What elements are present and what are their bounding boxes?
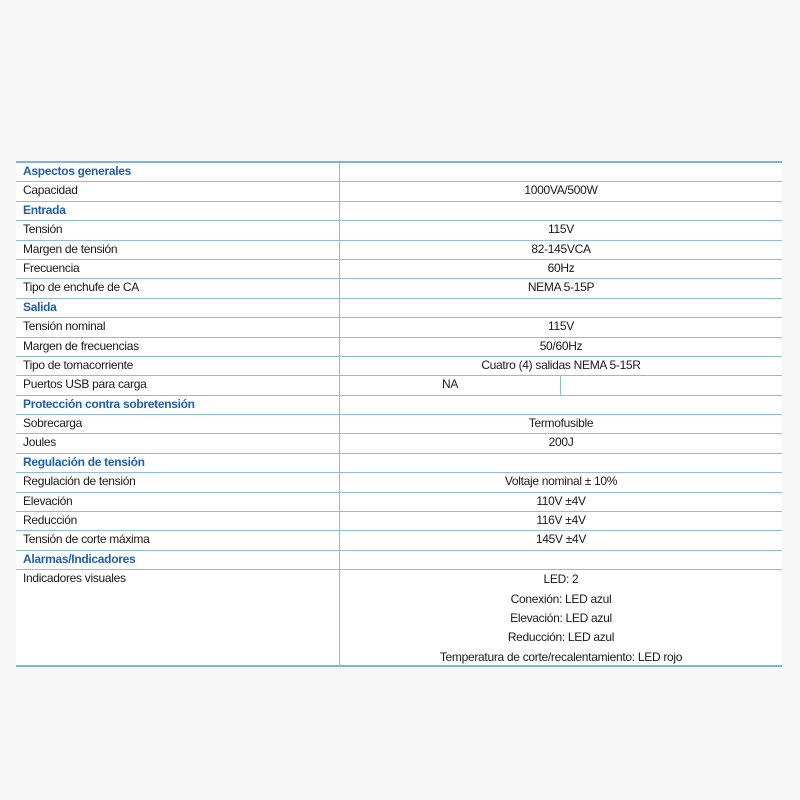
spec-value: 1000VA/500W xyxy=(340,182,782,200)
spec-label: Capacidad xyxy=(16,182,340,200)
spec-value-line: Conexión: LED azul xyxy=(340,590,782,609)
spec-row: Tensión115V xyxy=(16,221,782,240)
spec-row: Indicadores visualesLED: 2Conexión: LED … xyxy=(16,570,782,665)
spec-value: Voltaje nominal ± 10% xyxy=(340,473,782,491)
spec-value: 82-145VCA xyxy=(340,241,782,259)
spec-value: 60Hz xyxy=(340,260,782,278)
spec-label: Reducción xyxy=(16,512,340,530)
spec-label: Tipo de tomacorriente xyxy=(16,357,340,375)
spec-label: Regulación de tensión xyxy=(16,473,340,491)
spec-value: NA xyxy=(340,376,561,394)
section-value-empty xyxy=(340,454,782,472)
spec-label: Indicadores visuales xyxy=(16,570,340,665)
section-value-empty xyxy=(340,396,782,414)
spec-value-line: LED: 2 xyxy=(340,570,782,589)
spec-value: 110V ±4V xyxy=(340,493,782,511)
section-title: Entrada xyxy=(16,202,340,220)
spec-value: 200J xyxy=(340,434,782,452)
spec-label: Sobrecarga xyxy=(16,415,340,433)
section-title: Aspectos generales xyxy=(16,163,340,181)
section-title: Alarmas/Indicadores xyxy=(16,551,340,569)
spec-row: Reducción116V ±4V xyxy=(16,512,782,531)
section-header-row: Entrada xyxy=(16,202,782,221)
spec-value: Termofusible xyxy=(340,415,782,433)
spec-value: Cuatro (4) salidas NEMA 5-15R xyxy=(340,357,782,375)
spec-label: Tensión xyxy=(16,221,340,239)
spec-label: Tensión nominal xyxy=(16,318,340,336)
section-title: Protección contra sobretensión xyxy=(16,396,340,414)
spec-row: Puertos USB para cargaNA xyxy=(16,376,782,395)
spec-value: 50/60Hz xyxy=(340,338,782,356)
spec-value: NEMA 5-15P xyxy=(340,279,782,297)
spec-value: 115V xyxy=(340,221,782,239)
spec-row: Margen de tensión82-145VCA xyxy=(16,241,782,260)
spec-row: Tensión de corte máxima145V ±4V xyxy=(16,531,782,550)
spec-label: Joules xyxy=(16,434,340,452)
section-header-row: Salida xyxy=(16,299,782,318)
section-value-empty xyxy=(340,299,782,317)
spec-value: 145V ±4V xyxy=(340,531,782,549)
spec-label: Elevación xyxy=(16,493,340,511)
section-title: Salida xyxy=(16,299,340,317)
section-value-empty xyxy=(340,551,782,569)
spec-row: SobrecargaTermofusible xyxy=(16,415,782,434)
spec-value-secondary xyxy=(561,376,782,394)
spec-row: Tensión nominal115V xyxy=(16,318,782,337)
spec-label: Margen de frecuencias xyxy=(16,338,340,356)
spec-row: Regulación de tensiónVoltaje nominal ± 1… xyxy=(16,473,782,492)
spec-row: Tipo de enchufe de CANEMA 5-15P xyxy=(16,279,782,298)
spec-row: Joules200J xyxy=(16,434,782,453)
spec-row: Margen de frecuencias50/60Hz xyxy=(16,338,782,357)
spec-label: Margen de tensión xyxy=(16,241,340,259)
section-header-row: Alarmas/Indicadores xyxy=(16,551,782,570)
spec-row: Tipo de tomacorrienteCuatro (4) salidas … xyxy=(16,357,782,376)
spec-label: Tipo de enchufe de CA xyxy=(16,279,340,297)
spec-row: Frecuencia60Hz xyxy=(16,260,782,279)
section-value-empty xyxy=(340,202,782,220)
spec-value-line: Reducción: LED azul xyxy=(340,628,782,647)
spec-value-split: NA xyxy=(340,376,782,394)
spec-label: Frecuencia xyxy=(16,260,340,278)
spec-value-line: Elevación: LED azul xyxy=(340,609,782,628)
spec-label: Tensión de corte máxima xyxy=(16,531,340,549)
spec-value: 115V xyxy=(340,318,782,336)
spec-label: Puertos USB para carga xyxy=(16,376,340,394)
section-header-row: Regulación de tensión xyxy=(16,454,782,473)
section-value-empty xyxy=(340,163,782,181)
spec-table: Aspectos generalesCapacidad1000VA/500WEn… xyxy=(16,161,782,667)
spec-value-list: LED: 2Conexión: LED azulElevación: LED a… xyxy=(340,570,782,665)
section-header-row: Aspectos generales xyxy=(16,163,782,182)
section-header-row: Protección contra sobretensión xyxy=(16,396,782,415)
spec-value-line: Temperatura de corte/recalentamiento: LE… xyxy=(340,648,782,667)
spec-value: 116V ±4V xyxy=(340,512,782,530)
spec-row: Capacidad1000VA/500W xyxy=(16,182,782,201)
spec-row: Elevación110V ±4V xyxy=(16,493,782,512)
section-title: Regulación de tensión xyxy=(16,454,340,472)
